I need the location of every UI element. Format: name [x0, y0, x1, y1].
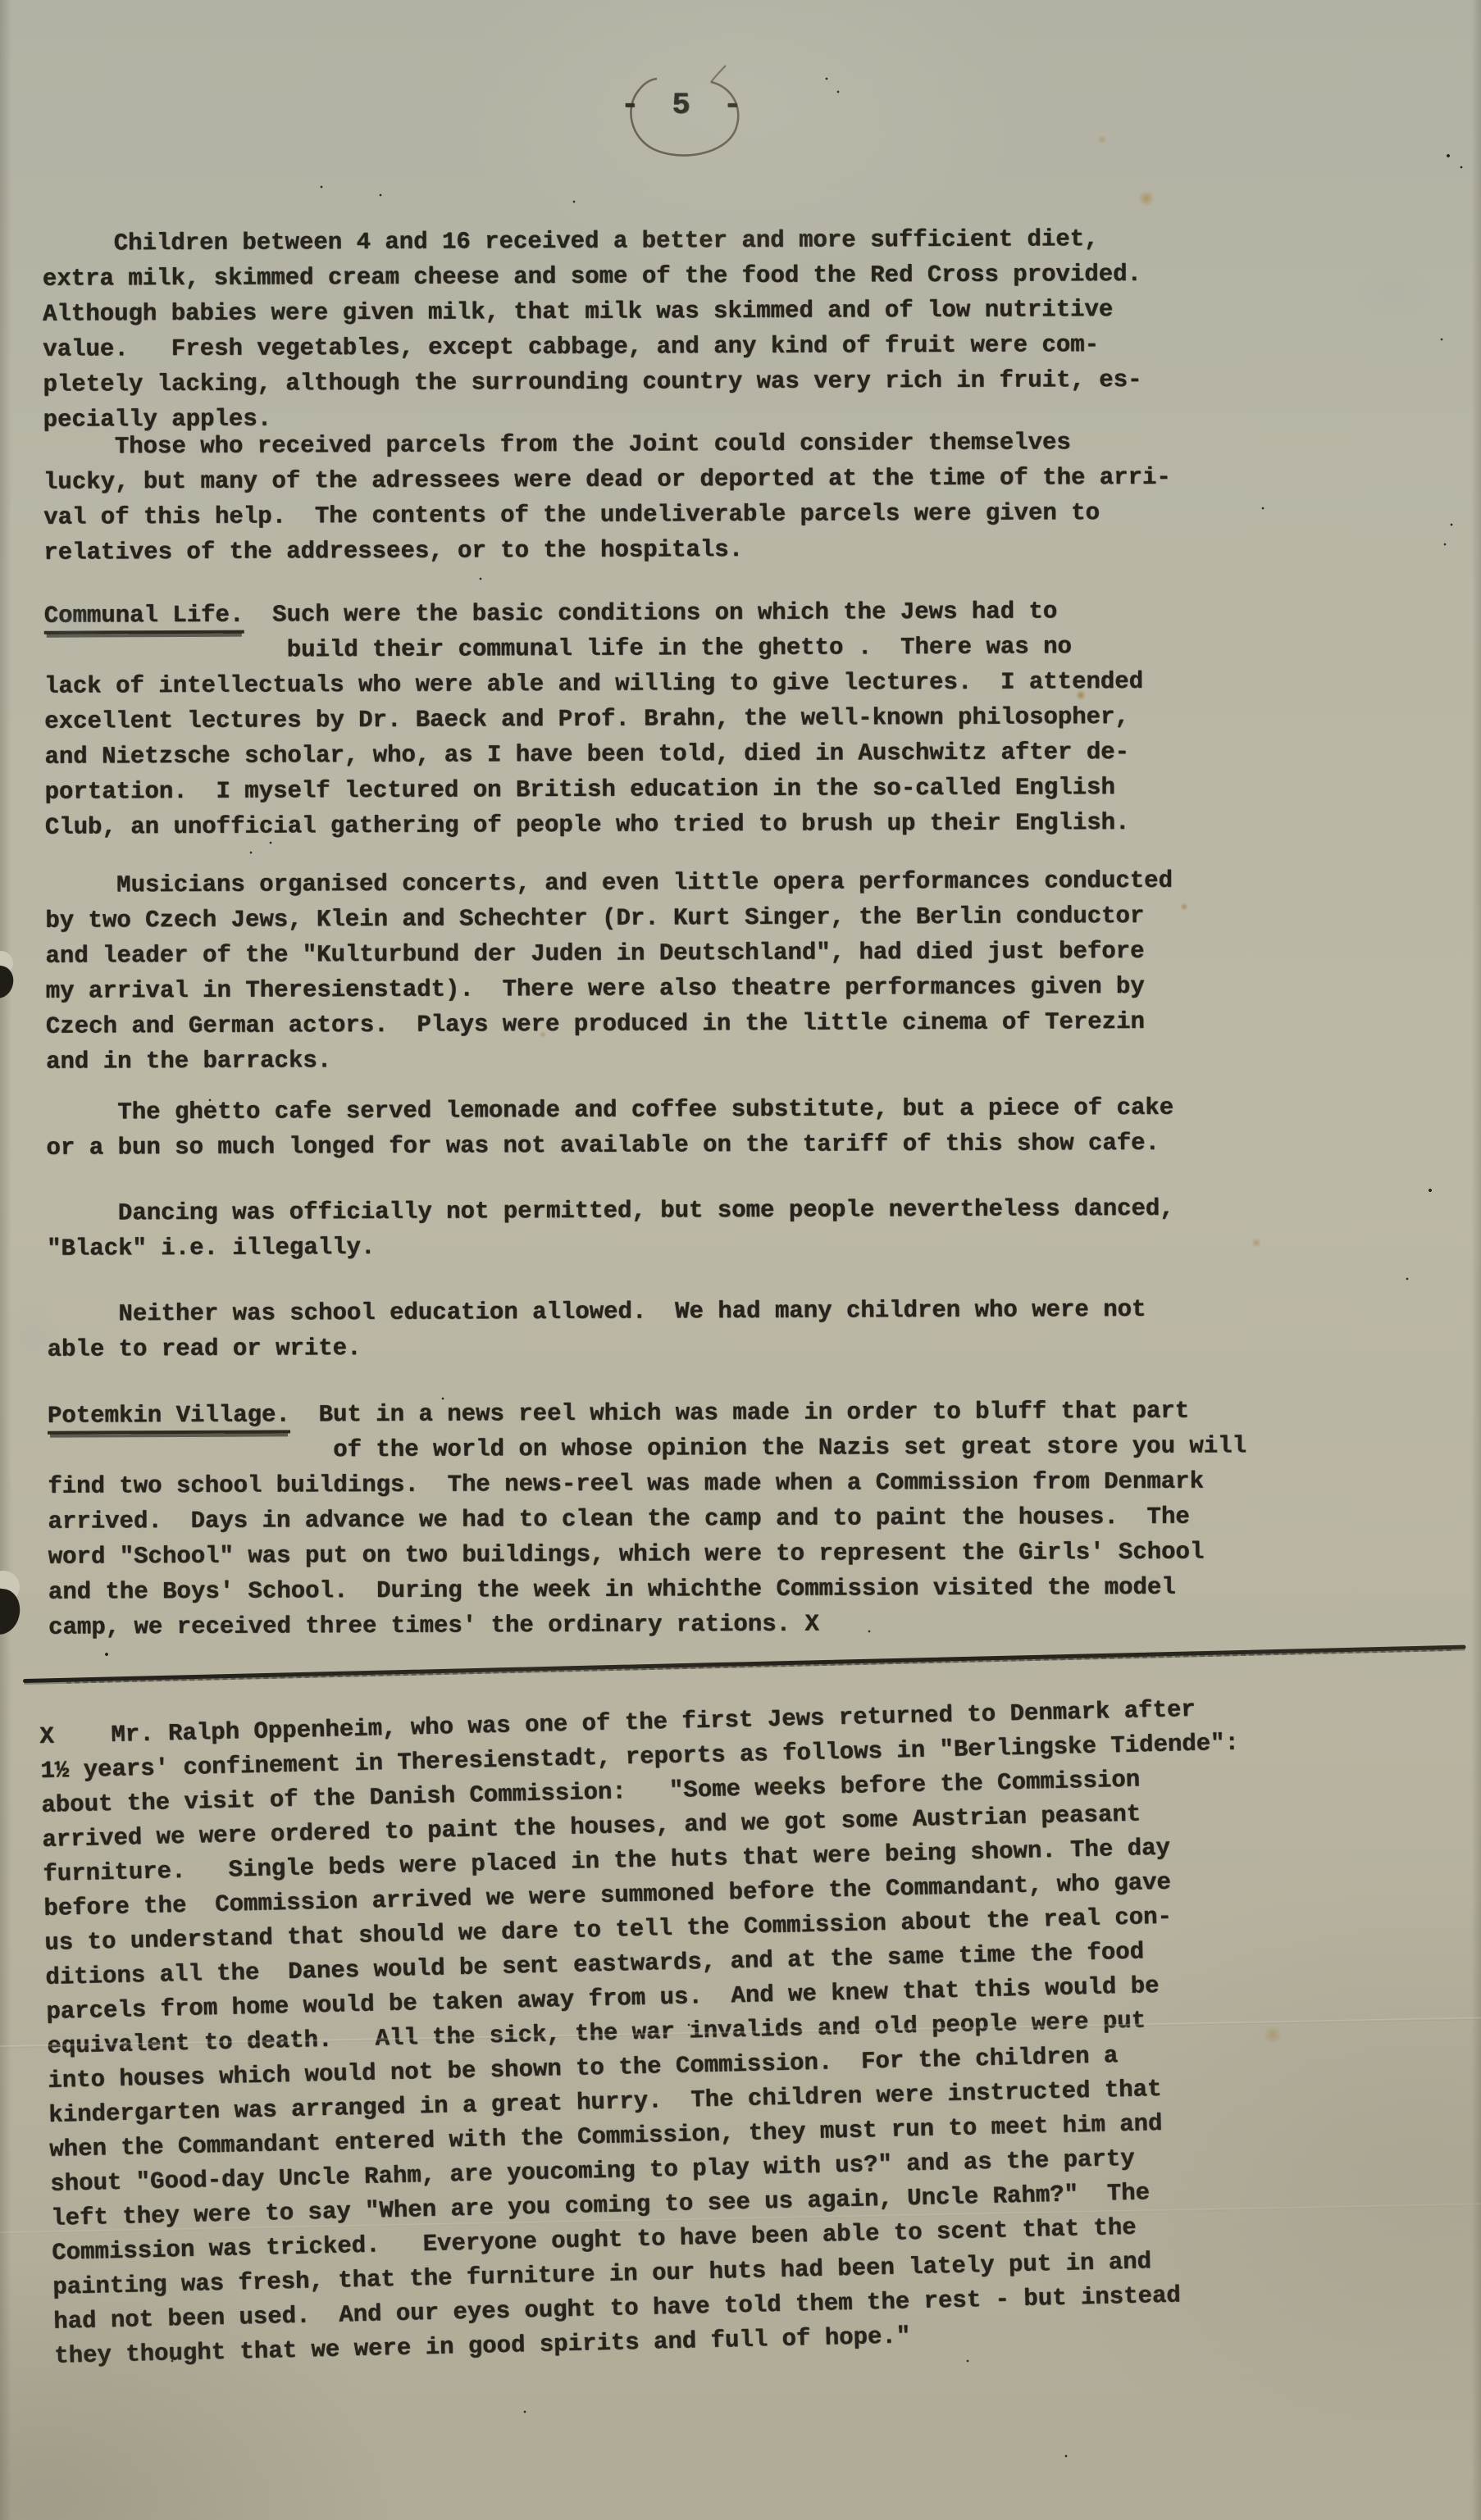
text-line: Club, an unofficial gathering of people … — [45, 805, 1144, 845]
section-heading-rest: But in a news reel which was made in ord… — [290, 1398, 1190, 1429]
text-line: Czech and German actors. Plays were prod… — [46, 1004, 1173, 1044]
text-line: Musicians organised concerts, and even l… — [45, 863, 1173, 903]
text-line: extra milk, skimmed cream cheese and som… — [43, 257, 1142, 297]
paragraph-ghetto-cafe: The ghetto cafe served lemonade and coff… — [46, 1090, 1173, 1166]
binding-mark — [0, 1564, 33, 1640]
text-line: word "School" was put on two buildings, … — [48, 1534, 1247, 1574]
text-line: portation. I myself lectured on British … — [45, 770, 1144, 810]
text-line: and the Boys' School. During the week in… — [48, 1569, 1247, 1609]
section-heading-rest: Such were the basic conditions on which … — [244, 598, 1057, 628]
document-page: - 5 - Children between 4 and 16 received… — [0, 0, 1481, 2520]
section-heading-communal-life: Communal Life. — [44, 602, 244, 635]
paragraph-joint-parcels: Those who received parcels from the Join… — [43, 425, 1172, 571]
section-communal-life: Communal Life. Such were the basic condi… — [44, 594, 1144, 845]
text-line: value. Fresh vegetables, except cabbage,… — [43, 327, 1142, 367]
paragraph-children-diet: Children between 4 and 16 received a bet… — [43, 221, 1142, 438]
text-line: relatives of the addressees, or to the h… — [43, 530, 1171, 571]
text-line: arrived. Days in advance we had to clean… — [48, 1499, 1246, 1539]
text-line: lucky, but many of the adressees were de… — [43, 460, 1171, 500]
text-line: Children between 4 and 16 received a bet… — [43, 221, 1142, 262]
text-line: Those who received parcels from the Join… — [43, 425, 1171, 465]
text-line: and in the barracks. — [46, 1039, 1173, 1080]
section-first-line: Potemkin Village. But in a news reel whi… — [48, 1393, 1246, 1433]
document-body: Children between 4 and 16 received a bet… — [0, 0, 1481, 1725]
section-body-lines: build their communal life in the ghetto … — [44, 629, 1144, 845]
paragraph-dancing: Dancing was officially not permitted, bu… — [47, 1191, 1174, 1267]
text-line: my arrival in Theresienstadt). There wer… — [46, 969, 1173, 1009]
paragraph-school-education: Neither was school education allowed. We… — [47, 1292, 1146, 1367]
text-line: and leader of the "Kulturbund der Juden … — [45, 934, 1173, 974]
text-line: Neither was school education allowed. We… — [47, 1292, 1146, 1332]
punch-shadow — [0, 963, 16, 1001]
text-line: of the world on whose opinion the Nazis … — [48, 1428, 1246, 1468]
text-line: Although babies were given milk, that mi… — [43, 292, 1142, 332]
punch-shadow — [0, 1586, 23, 1637]
text-line: "Black" i.e. illegally. — [47, 1226, 1174, 1267]
section-first-line: Communal Life. Such were the basic condi… — [44, 594, 1143, 634]
text-line: build their communal life in the ghetto … — [44, 629, 1143, 669]
text-line: find two school buildings. The news-reel… — [48, 1463, 1246, 1503]
text-line: and Nietzsche scholar, who, as I have be… — [44, 735, 1143, 775]
text-line: The ghetto cafe served lemonade and coff… — [46, 1090, 1173, 1130]
section-potemkin-village: Potemkin Village. But in a news reel whi… — [48, 1393, 1247, 1644]
text-line: excellent lectures by Dr. Baeck and Prof… — [44, 699, 1143, 739]
section-heading-potemkin-village: Potemkin Village. — [48, 1401, 290, 1434]
text-line: camp, we received three times' the ordin… — [48, 1604, 1247, 1644]
text-line: Dancing was officially not permitted, bu… — [47, 1191, 1174, 1231]
text-line: pletely lacking, although the surroundin… — [43, 362, 1142, 403]
text-line: or a bun so much longed for was not avai… — [46, 1126, 1173, 1166]
text-line: by two Czech Jews, Klein and Schechter (… — [45, 898, 1173, 939]
binding-mark — [0, 951, 26, 1008]
text-line: val of this help. The contents of the un… — [43, 495, 1171, 535]
text-line: lack of intellectuals who were able and … — [44, 664, 1143, 704]
section-body-lines: of the world on whose opinion the Nazis … — [48, 1428, 1247, 1644]
paragraph-musicians: Musicians organised concerts, and even l… — [45, 863, 1173, 1080]
text-line: able to read or write. — [47, 1327, 1146, 1367]
